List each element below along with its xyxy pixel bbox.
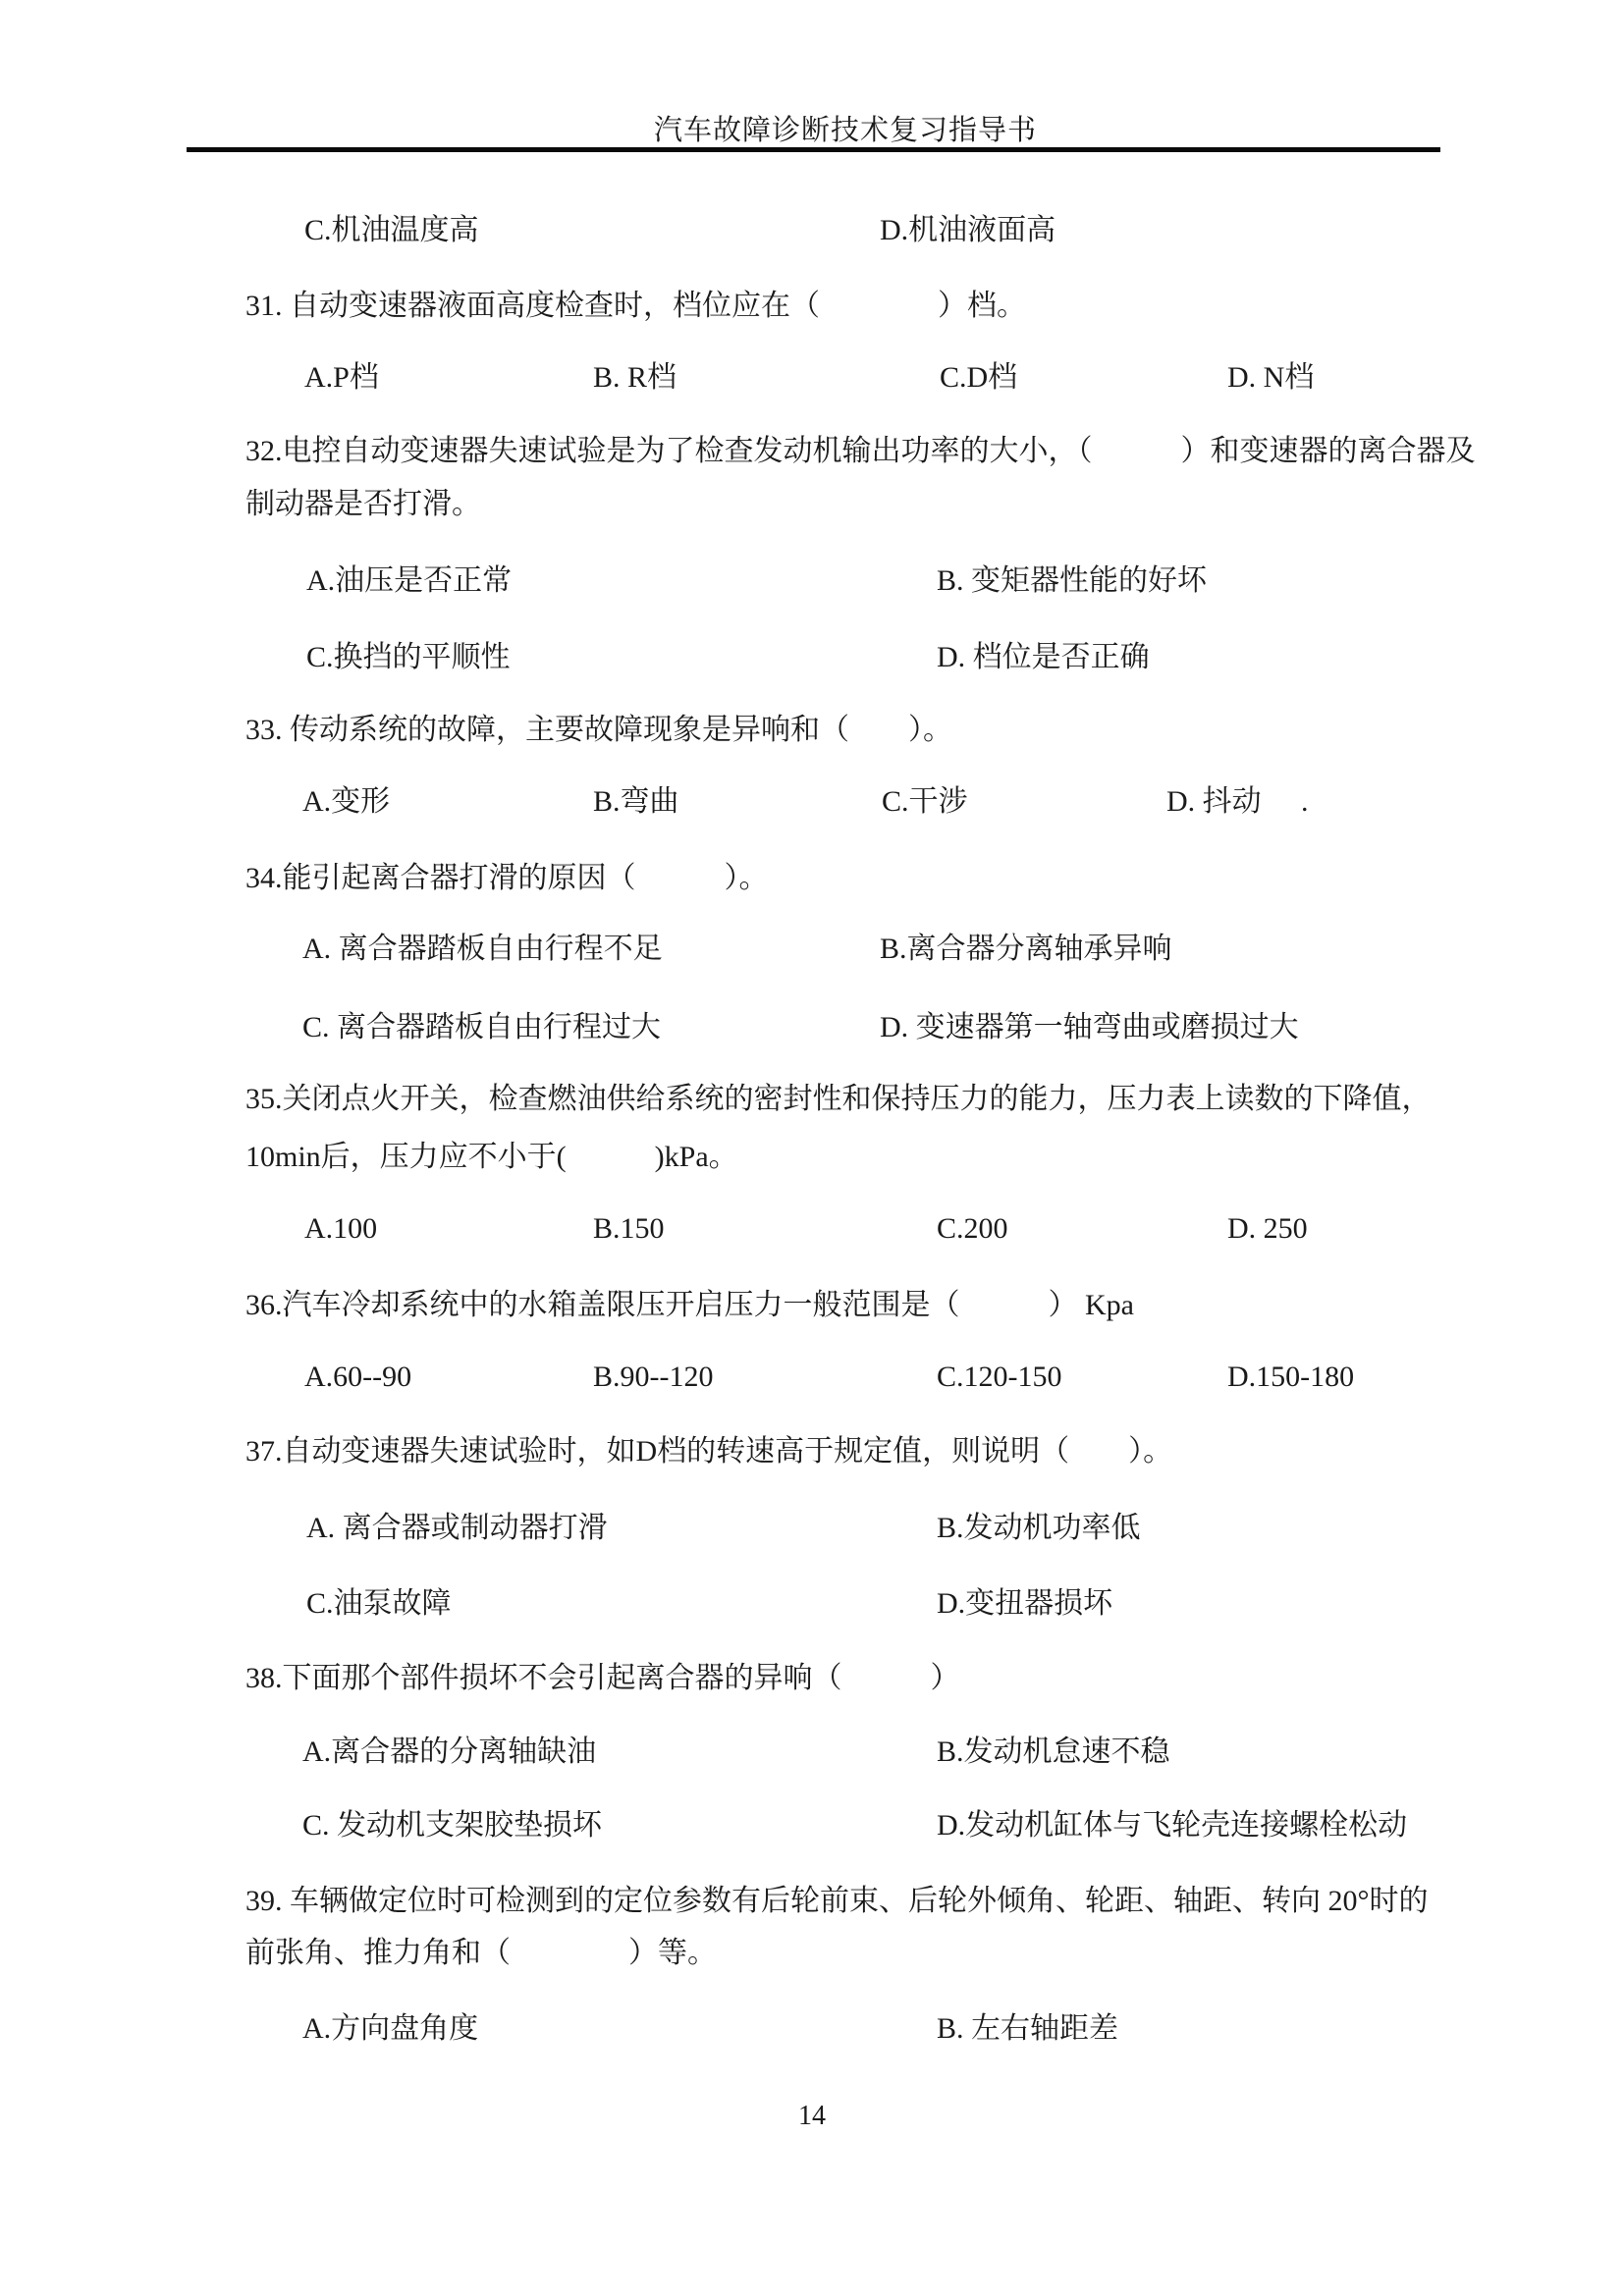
question-37-text: 37.自动变速器失速试验时，如D档的转速高于规定值，则说明（ ）。 <box>245 1435 1172 1468</box>
option-39-a: A.方向盘角度 <box>302 2012 478 2045</box>
question-32-text-line2: 制动器是否打滑。 <box>245 488 481 520</box>
option-34-c: C. 离合器踏板自由行程过大 <box>302 1011 661 1043</box>
option-36-b: B.90--120 <box>593 1361 714 1393</box>
question-39-text-line1: 39. 车辆做定位时可检测到的定位参数有后轮前束、后轮外倾角、轮距、轴距、转向 … <box>245 1885 1429 1917</box>
question-34-text: 34.能引起离合器打滑的原因（ ）。 <box>245 862 769 894</box>
option-30-c: C.机油温度高 <box>304 214 479 246</box>
option-33-c: C.干涉 <box>882 785 968 818</box>
question-39-text-line2: 前张角、推力角和（ ）等。 <box>245 1937 717 1969</box>
option-31-a: A.P档 <box>304 361 379 394</box>
option-33-d: D. 抖动 <box>1166 785 1262 818</box>
option-34-b: B.离合器分离轴承异响 <box>880 933 1172 965</box>
option-32-a: A.油压是否正常 <box>306 564 512 597</box>
question-36-text: 36.汽车冷却系统中的水箱盖限压开启压力一般范围是（ ） Kpa <box>245 1289 1134 1321</box>
option-35-c: C.200 <box>937 1212 1008 1245</box>
option-36-d: D.150-180 <box>1227 1361 1354 1393</box>
option-36-a: A.60--90 <box>304 1361 411 1393</box>
option-31-d: D. N档 <box>1227 361 1314 394</box>
option-37-d: D.变扭器损坏 <box>937 1587 1112 1620</box>
header-rule <box>187 147 1440 152</box>
option-32-c: C.换挡的平顺性 <box>306 641 511 673</box>
question-35-text-line2: 10min后，压力应不小于( )kPa。 <box>245 1141 738 1173</box>
option-30-d: D.机油液面高 <box>880 214 1056 246</box>
option-34-d: D. 变速器第一轴弯曲或磨损过大 <box>880 1011 1299 1043</box>
question-38-text: 38.下面那个部件损坏不会引起离合器的异响（ ） <box>245 1662 960 1694</box>
option-37-c: C.油泵故障 <box>306 1587 452 1620</box>
option-35-b: B.150 <box>593 1212 665 1245</box>
option-31-b: B. R档 <box>593 361 677 394</box>
option-32-b: B. 变矩器性能的好坏 <box>937 564 1207 597</box>
question-33-text: 33. 传动系统的故障，主要故障现象是异响和（ ）。 <box>245 714 952 746</box>
question-31-text: 31. 自动变速器液面高度检查时，档位应在（ ）档。 <box>245 290 1026 322</box>
option-33-d-trailing-dot: . <box>1301 785 1309 818</box>
option-32-d: D. 档位是否正确 <box>937 641 1150 673</box>
page-number: 14 <box>0 2102 1624 2132</box>
option-38-b: B.发动机怠速不稳 <box>937 1735 1170 1768</box>
option-38-c: C. 发动机支架胶垫损坏 <box>302 1809 602 1842</box>
option-35-d: D. 250 <box>1227 1212 1308 1245</box>
option-35-a: A.100 <box>304 1212 377 1245</box>
option-39-b: B. 左右轴距差 <box>937 2012 1118 2045</box>
question-32-text-line1: 32.电控自动变速器失速试验是为了检查发动机输出功率的大小，（ ）和变速器的离合… <box>245 435 1476 467</box>
option-31-c: C.D档 <box>940 361 1017 394</box>
option-33-b: B.弯曲 <box>593 785 679 818</box>
option-38-d: D.发动机缸体与飞轮壳连接螺栓松动 <box>937 1809 1407 1842</box>
option-34-a: A. 离合器踏板自由行程不足 <box>302 933 663 965</box>
option-36-c: C.120-150 <box>937 1361 1062 1393</box>
page-header-title: 汽车故障诊断技术复习指导书 <box>654 116 1037 147</box>
option-37-b: B.发动机功率低 <box>937 1512 1141 1544</box>
option-38-a: A.离合器的分离轴缺油 <box>302 1735 596 1768</box>
question-35-text-line1: 35.关闭点火开关，检查燃油供给系统的密封性和保持压力的能力，压力表上读数的下降… <box>245 1083 1432 1115</box>
document-page: 汽车故障诊断技术复习指导书 C.机油温度高 D.机油液面高 31. 自动变速器液… <box>0 0 1624 2296</box>
option-37-a: A. 离合器或制动器打滑 <box>306 1512 608 1544</box>
option-33-a: A.变形 <box>302 785 390 818</box>
